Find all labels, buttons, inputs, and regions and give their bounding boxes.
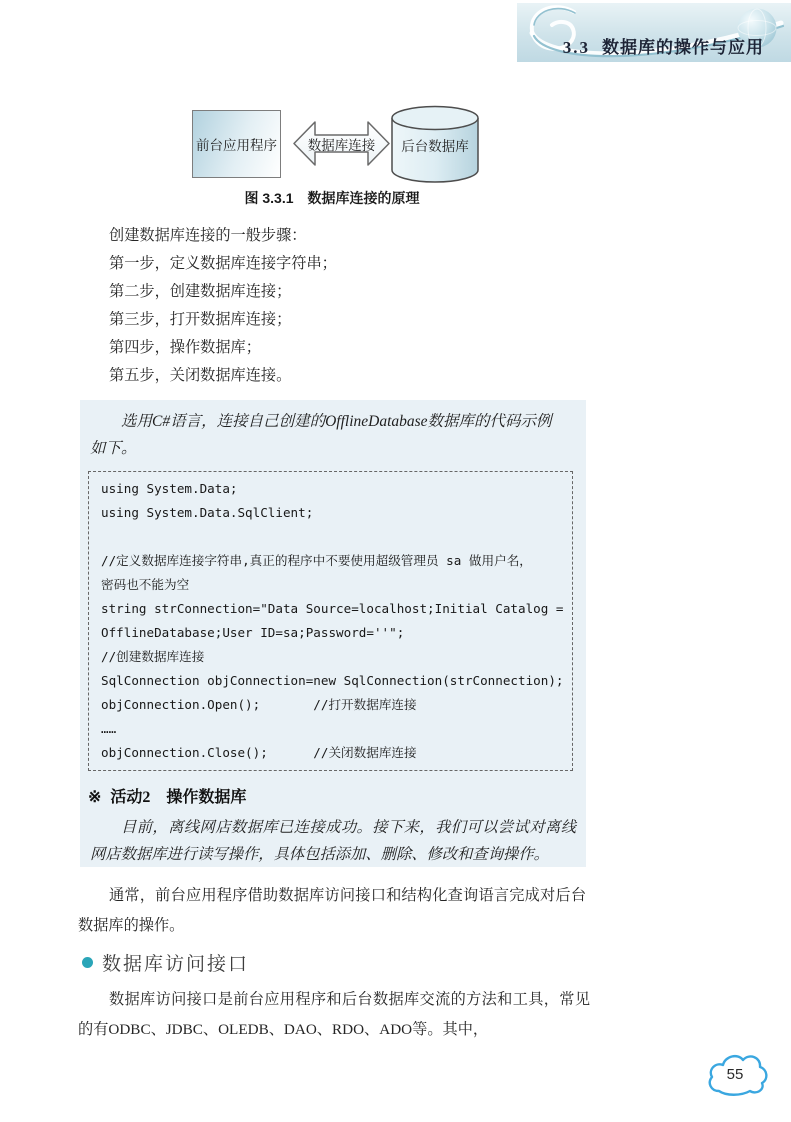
step-item: 第四步，操作数据库； <box>78 334 586 362</box>
code-line: …… <box>101 717 572 741</box>
code-line: //定义数据库连接字符串,真正的程序中不要使用超级管理员 sa 做用户名， <box>101 549 572 573</box>
code-line: string strConnection="Data Source=localh… <box>101 597 572 621</box>
page-number-cloud: 55 <box>705 1049 769 1101</box>
page-header: 3.3数据库的操作与应用 <box>517 3 791 62</box>
subheading-label: 数据库访问接口 <box>102 949 249 976</box>
step-item: 第一步，定义数据库连接字符串； <box>78 250 586 278</box>
code-line: OfflineDatabase;User ID=sa;Password=''"; <box>101 621 572 645</box>
connection-steps: 创建数据库连接的一般步骤： 第一步，定义数据库连接字符串； 第二步，创建数据库连… <box>78 222 586 390</box>
figure-caption: 图 3.3.1 数据库连接的原理 <box>78 188 586 208</box>
code-line: //创建数据库连接 <box>101 645 572 669</box>
paragraph-access-interfaces: 数据库访问接口是前台应用程序和后台数据库交流的方法和工具，常见的有ODBC、JD… <box>78 985 590 1045</box>
activity-body: 目前，离线网店数据库已连接成功。接下来，我们可以尝试对离线网店数据库进行读写操作… <box>80 814 586 868</box>
page-number: 55 <box>705 1066 765 1083</box>
frontend-app-box: 前台应用程序 <box>192 110 281 178</box>
code-line: objConnection.Close(); //关闭数据库连接 <box>101 741 572 765</box>
connection-arrow: 数据库连接 <box>291 115 392 172</box>
steps-intro: 创建数据库连接的一般步骤： <box>78 222 586 250</box>
code-block: using System.Data; using System.Data.Sql… <box>88 471 573 771</box>
section-title: 数据库的操作与应用 <box>602 38 764 57</box>
step-item: 第三步，打开数据库连接； <box>78 306 586 334</box>
code-intro: 选用C#语言，连接自己创建的OfflineDatabase数据库的代码示例如下。 <box>80 400 562 462</box>
code-line: 密码也不能为空 <box>101 573 572 597</box>
code-line: using System.Data; <box>101 477 572 501</box>
code-line: SqlConnection objConnection=new SqlConne… <box>101 669 572 693</box>
step-item: 第二步，创建数据库连接； <box>78 278 586 306</box>
example-panel: 选用C#语言，连接自己创建的OfflineDatabase数据库的代码示例如下。… <box>80 400 586 867</box>
section-number: 3.3 <box>563 38 590 57</box>
code-line <box>101 525 572 549</box>
frontend-app-label: 前台应用程序 <box>196 134 277 154</box>
backend-db-label: 后台数据库 <box>390 135 480 155</box>
section-header: 3.3数据库的操作与应用 <box>563 33 764 58</box>
paragraph-database-operation: 通常，前台应用程序借助数据库访问接口和结构化查询语言完成对后台数据库的操作。 <box>78 881 586 941</box>
activity-marker-icon: ※ <box>88 789 101 806</box>
subheading-db-access-interface: 数据库访问接口 <box>82 949 249 976</box>
connection-arrow-label: 数据库连接 <box>291 115 392 172</box>
code-line: objConnection.Open(); //打开数据库连接 <box>101 693 572 717</box>
activity-title: 活动2 操作数据库 <box>110 789 246 806</box>
bullet-dot-icon <box>82 957 93 968</box>
backend-db-cylinder: 后台数据库 <box>390 105 480 185</box>
code-line: using System.Data.SqlClient; <box>101 501 572 525</box>
activity-heading: ※活动2 操作数据库 <box>88 784 586 807</box>
step-item: 第五步，关闭数据库连接。 <box>78 362 586 390</box>
